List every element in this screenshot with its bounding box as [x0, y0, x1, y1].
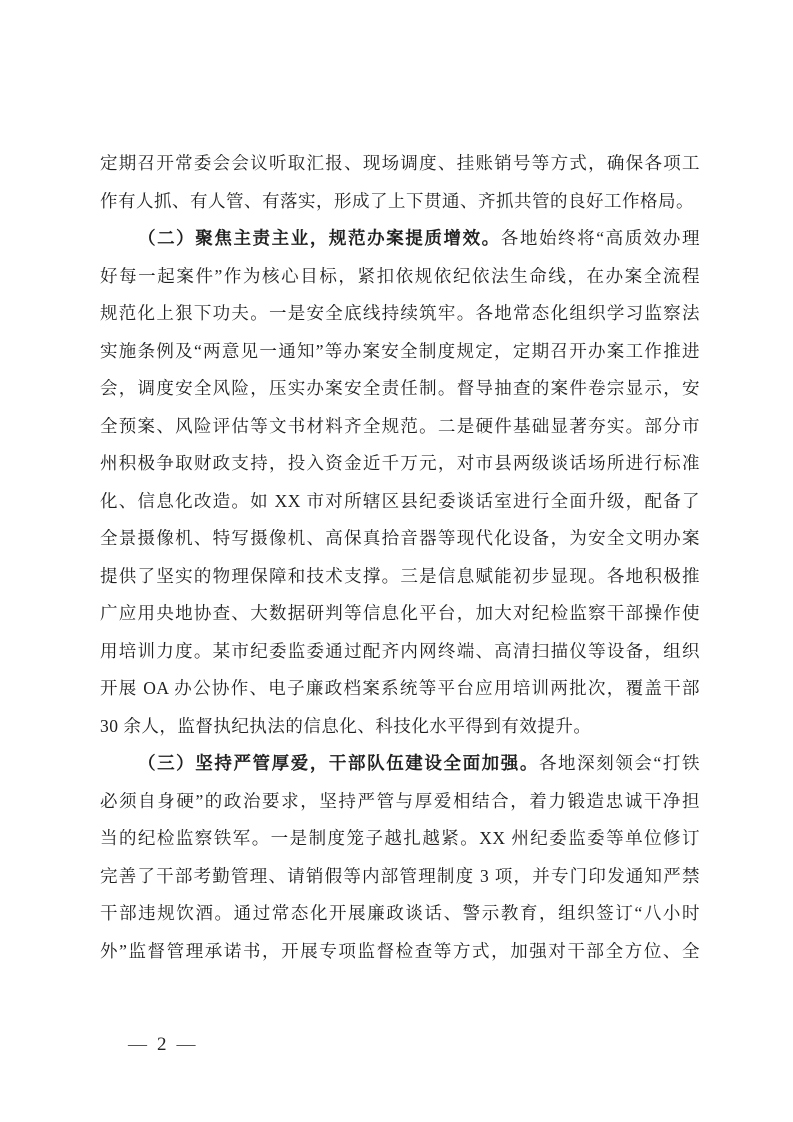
text-line: 州积极争取财政支持，投入资金近千万元，对市县两级谈话场所进行标准: [100, 445, 700, 483]
line-text: 30 余人，监督执纪执法的信息化、科技化水平得到有效提升。: [100, 716, 591, 736]
text-line: 化、信息化改造。如 XX 市对所辖区县纪委谈话室进行全面升级，配备了: [100, 483, 700, 521]
text-line: 规范化上狠下功夫。一是安全底线持续筑牢。各地常态化组织学习监察法: [100, 295, 700, 333]
text-line: 30 余人，监督执纪执法的信息化、科技化水平得到有效提升。: [100, 708, 700, 746]
text-line: （二）聚焦主责主业，规范办案提质增效。各地始终将“高质效办理: [100, 220, 700, 258]
line-text: 必须自身硬”的政治要求，坚持严管与厚爱相结合，着力锻造忠诚干净担: [100, 791, 700, 811]
text-line: 实施条例及“两意见一通知”等办案安全制度规定，定期召开办案工作推进: [100, 333, 700, 371]
line-text: 全预案、风险评估等文书材料齐全规范。二是硬件基础显著夯实。部分市: [100, 416, 700, 436]
line-text: 完善了干部考勤管理、请销假等内部管理制度 3 项，并专门印发通知严禁: [100, 866, 700, 886]
line-text: 当的纪检监察铁军。一是制度笼子越扎越紧。XX 州纪委监委等单位修订: [100, 828, 700, 848]
line-text: 各地深刻领会“打铁: [539, 753, 700, 773]
line-text: 作有人抓、有人管、有落实，形成了上下贯通、齐抓共管的良好工作格局。: [100, 191, 694, 211]
line-text: 州积极争取财政支持，投入资金近千万元，对市县两级谈话场所进行标准: [100, 453, 700, 473]
line-text: 提供了坚实的物理保障和技术支撑。三是信息赋能初步显现。各地积极推: [100, 566, 700, 586]
paragraph-heading: （三）坚持严管厚爱，干部队伍建设全面加强。: [138, 753, 539, 773]
line-text: 广应用央地协查、大数据研判等信息化平台，加大对纪检监察干部操作使: [100, 603, 700, 623]
line-text: 用培训力度。某市纪委监委通过配齐内网终端、高清扫描仪等设备，组织: [100, 641, 700, 661]
line-text: 化、信息化改造。如 XX 市对所辖区县纪委谈话室进行全面升级，配备了: [100, 491, 700, 511]
text-line: 作有人抓、有人管、有落实，形成了上下贯通、齐抓共管的良好工作格局。: [100, 183, 700, 221]
page-number-dash-right: —: [177, 1034, 196, 1055]
text-line: 定期召开常委会会议听取汇报、现场调度、挂账销号等方式，确保各项工: [100, 145, 700, 183]
text-line: 会，调度安全风险，压实办案安全责任制。督导抽查的案件卷宗显示，安: [100, 370, 700, 408]
text-line: 完善了干部考勤管理、请销假等内部管理制度 3 项，并专门印发通知严禁: [100, 858, 700, 896]
text-line: 开展 OA 办公协作、电子廉政档案系统等平台应用培训两批次，覆盖干部: [100, 670, 700, 708]
text-line: 外”监督管理承诺书，开展专项监督检查等方式，加强对干部全方位、全: [100, 933, 700, 971]
page-number-value: 2: [157, 1034, 167, 1055]
paragraph-heading: （二）聚焦主责主业，规范办案提质增效。: [138, 228, 501, 248]
text-line: 必须自身硬”的政治要求，坚持严管与厚爱相结合，着力锻造忠诚干净担: [100, 783, 700, 821]
text-line: 全预案、风险评估等文书材料齐全规范。二是硬件基础显著夯实。部分市: [100, 408, 700, 446]
page-number: —2—: [128, 1030, 196, 1060]
text-line: 干部违规饮酒。通过常态化开展廉政谈话、警示教育，组织签订“八小时: [100, 895, 700, 933]
para-section-2: （二）聚焦主责主业，规范办案提质增效。各地始终将“高质效办理好每一起案件”作为核…: [100, 220, 700, 745]
line-text: 定期召开常委会会议听取汇报、现场调度、挂账销号等方式，确保各项工: [100, 153, 700, 173]
text-line: 提供了坚实的物理保障和技术支撑。三是信息赋能初步显现。各地积极推: [100, 558, 700, 596]
para-section-3: （三）坚持严管厚爱，干部队伍建设全面加强。各地深刻领会“打铁必须自身硬”的政治要…: [100, 745, 700, 970]
text-line: 当的纪检监察铁军。一是制度笼子越扎越紧。XX 州纪委监委等单位修订: [100, 820, 700, 858]
document-page: 定期召开常委会会议听取汇报、现场调度、挂账销号等方式，确保各项工作有人抓、有人管…: [0, 0, 793, 1122]
text-line: （三）坚持严管厚爱，干部队伍建设全面加强。各地深刻领会“打铁: [100, 745, 700, 783]
line-text: 各地始终将“高质效办理: [501, 228, 700, 248]
document-body: 定期召开常委会会议听取汇报、现场调度、挂账销号等方式，确保各项工作有人抓、有人管…: [100, 145, 700, 970]
line-text: 会，调度安全风险，压实办案安全责任制。督导抽查的案件卷宗显示，安: [100, 378, 700, 398]
line-text: 全景摄像机、特写摄像机、高保真拾音器等现代化设备，为安全文明办案: [100, 528, 700, 548]
line-text: 外”监督管理承诺书，开展专项监督检查等方式，加强对干部全方位、全: [100, 941, 700, 961]
text-line: 全景摄像机、特写摄像机、高保真拾音器等现代化设备，为安全文明办案: [100, 520, 700, 558]
line-text: 规范化上狠下功夫。一是安全底线持续筑牢。各地常态化组织学习监察法: [100, 303, 700, 323]
line-text: 实施条例及“两意见一通知”等办案安全制度规定，定期召开办案工作推进: [100, 341, 700, 361]
text-line: 广应用央地协查、大数据研判等信息化平台，加大对纪检监察干部操作使: [100, 595, 700, 633]
line-text: 干部违规饮酒。通过常态化开展廉政谈话、警示教育，组织签订“八小时: [100, 903, 700, 923]
text-line: 用培训力度。某市纪委监委通过配齐内网终端、高清扫描仪等设备，组织: [100, 633, 700, 671]
para-continuation: 定期召开常委会会议听取汇报、现场调度、挂账销号等方式，确保各项工作有人抓、有人管…: [100, 145, 700, 220]
line-text: 好每一起案件”作为核心目标，紧扣依规依纪依法生命线，在办案全流程: [100, 266, 700, 286]
page-number-dash-left: —: [128, 1034, 147, 1055]
text-line: 好每一起案件”作为核心目标，紧扣依规依纪依法生命线，在办案全流程: [100, 258, 700, 296]
line-text: 开展 OA 办公协作、电子廉政档案系统等平台应用培训两批次，覆盖干部: [100, 678, 700, 698]
